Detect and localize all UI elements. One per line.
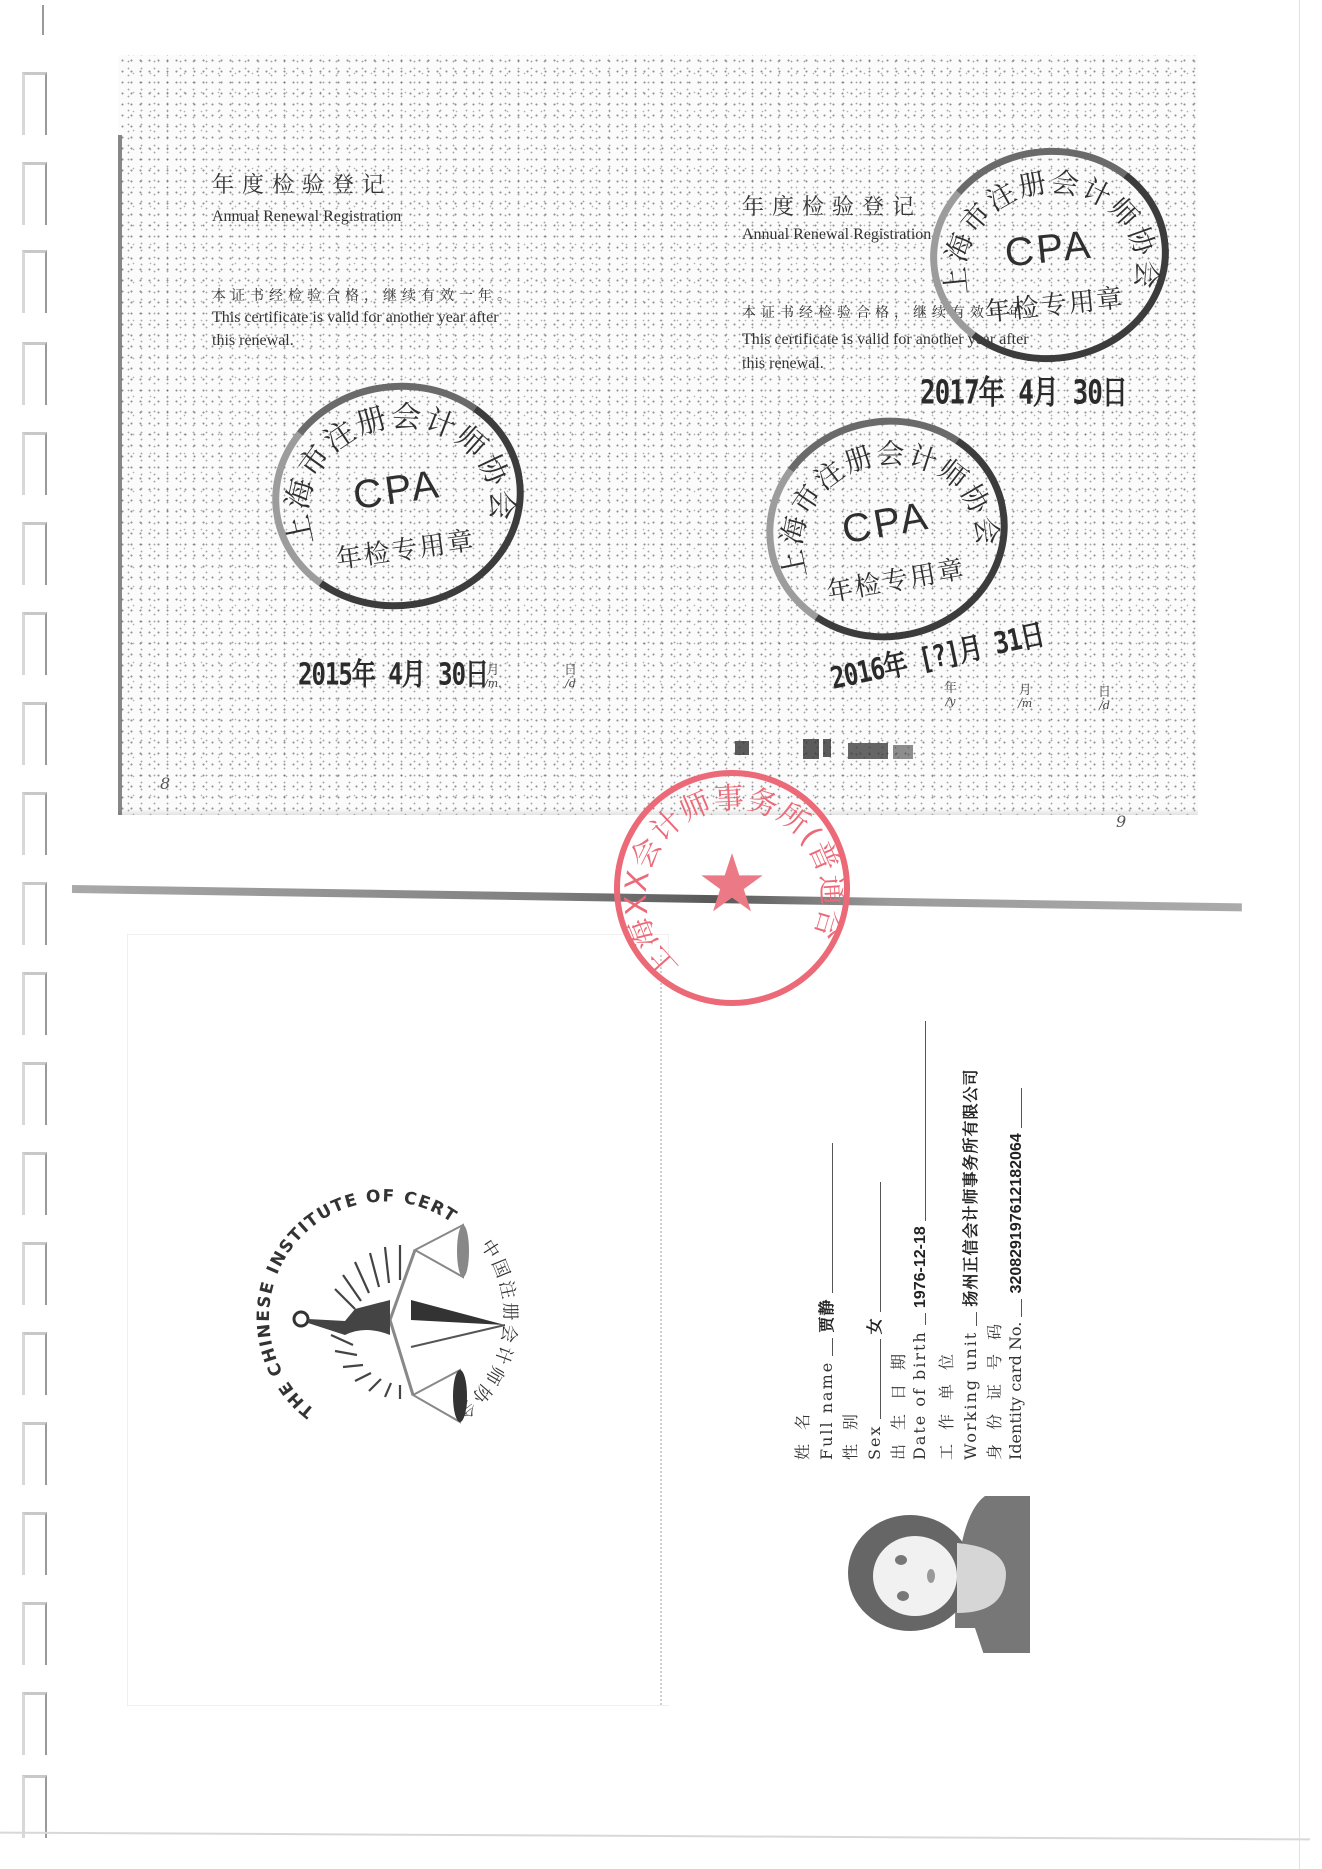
field-sex-cn: 性别 [838, 1400, 861, 1460]
cpa-annual-stamp-left: 上海市注册会计师协会 CPA 年检专用章 [257, 367, 538, 626]
smudged-signature [733, 735, 933, 765]
left-page-heading-en: Annual Renewal Registration [212, 208, 401, 226]
scan-edge-right [1299, 0, 1300, 1869]
page-number-left: 8 [160, 774, 170, 793]
working-unit-value: 扬州正信会计师事务所有限公司 [961, 1069, 980, 1307]
cpa-annual-stamp-right-upper: 上海市注册会计师协会 CPA 年检专用章 [919, 136, 1179, 374]
field-working-unit: Working unit 扬州正信会计师事务所有限公司 [958, 1069, 981, 1460]
field-date-of-birth: Date of birth 1976-12-18 [910, 1021, 930, 1460]
page-number-right: 9 [1116, 812, 1126, 831]
svg-text:★: ★ [696, 837, 768, 930]
full-name-value: 贾静 [817, 1299, 836, 1333]
left-page-statement-en-1: This certificate is valid for another ye… [212, 308, 499, 328]
left-date-day-unit: 日/d [564, 664, 577, 690]
right-date-month-unit: 月/m [1018, 684, 1032, 710]
scan-edge-bottom [0, 1832, 1310, 1841]
field-working-unit-cn: 工作单位 [934, 1340, 957, 1460]
cicpa-logo: THE CHINESE INSTITUTE OF CERTIFIED PUBLI… [255, 1185, 525, 1455]
left-page-statement-cn: 本证书经检验合格，继续有效一年。 [212, 285, 516, 305]
right-date-stamp-upper: 2017年 4月 30日 [920, 367, 1127, 413]
field-dob-cn: 出生日期 [886, 1340, 909, 1460]
field-full-name-cn: 姓名 [790, 1400, 813, 1460]
right-date-day-unit: 日/d [1098, 686, 1111, 712]
right-page-heading-cn: 年度检验登记 [742, 190, 922, 221]
right-page-heading-en: Annual Renewal Registration [742, 226, 931, 244]
right-date-year-unit: 年/y [944, 682, 957, 708]
field-full-name: Full name 贾静 [814, 1143, 837, 1460]
portrait-photo [835, 1488, 1030, 1653]
sex-value: 女 [865, 1317, 884, 1334]
left-date-month-unit: 月/m. [484, 664, 502, 690]
field-sex: Sex 女 [862, 1182, 885, 1460]
left-date-stamp: 2015年 4月 30日 [298, 650, 488, 694]
firm-seal-red: 上海XX会计师事务所(普通合伙) ★ [614, 770, 850, 1006]
left-page-statement-en-2: this renewal. [212, 331, 294, 351]
left-page-heading-cn: 年度检验登记 [212, 168, 392, 199]
id-fields-block: 姓名 Full name 贾静 性别 Sex 女 出生日期 Date of bi… [790, 990, 1010, 1460]
date-of-birth-value: 1976-12-18 [912, 1226, 929, 1308]
field-id-no-cn: 身份证号码 [982, 1310, 1005, 1460]
page-edge [118, 135, 122, 815]
identity-card-value: 320829197612182064 [1008, 1133, 1025, 1293]
right-page-statement-en-2: this renewal. [742, 354, 824, 374]
field-identity-card-no: Identity card No. 320829197612182064 [1006, 1088, 1026, 1460]
